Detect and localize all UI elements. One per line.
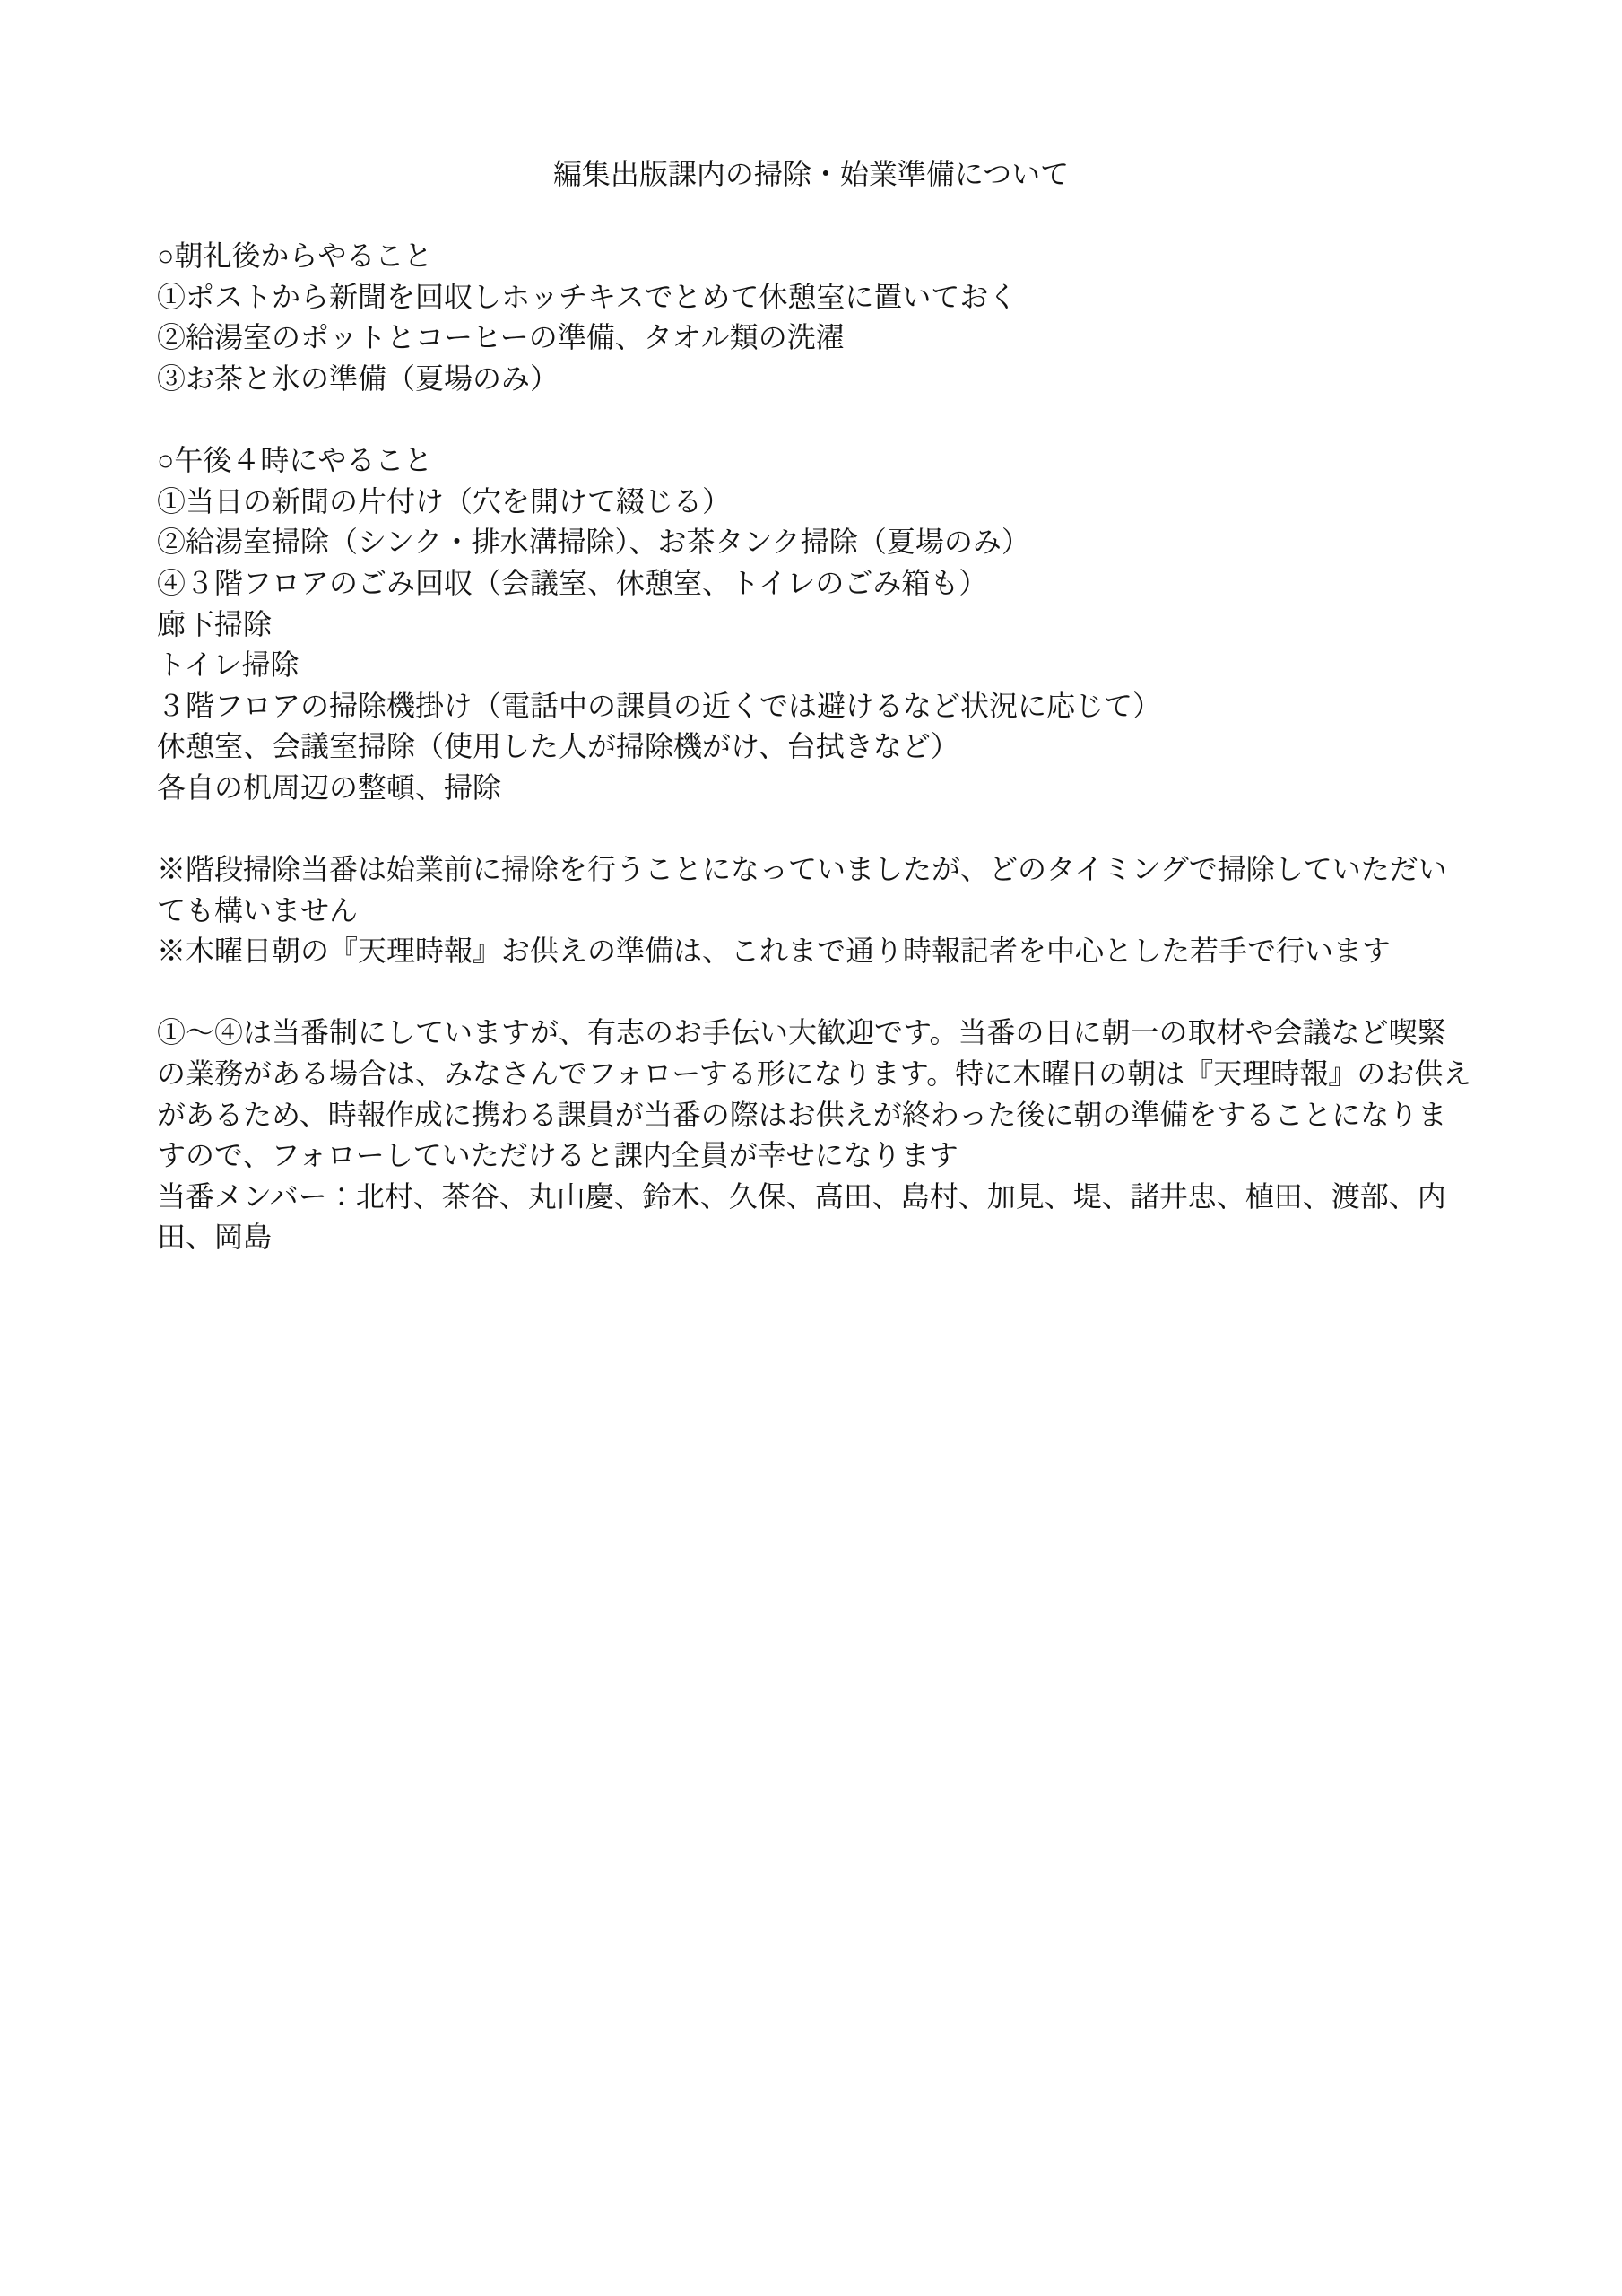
text-line: の業務がある場合は、みなさんでフォローする形になります。特に木曜日の朝は『天理時…	[157, 1054, 1465, 1095]
text-line: ①～④は当番制にしていますが、有志のお手伝い大歓迎です。当番の日に朝一の取材や会…	[157, 1013, 1465, 1054]
text-line: があるため、時報作成に携わる課員が当番の際はお供えが終わった後に朝の準備をするこ…	[157, 1095, 1465, 1136]
text-line: 廊下掃除	[157, 604, 1465, 646]
text-line: 田、岡島	[157, 1217, 1465, 1258]
text-line: ても構いません	[157, 891, 1465, 932]
text-line: ②給湯室掃除（シンク・排水溝掃除）、お茶タンク掃除（夏場のみ）	[157, 522, 1465, 563]
document-title: 編集出版課内の掃除・始業準備について	[157, 154, 1465, 196]
text-line: ③お茶と氷の準備（夏場のみ）	[157, 359, 1465, 400]
text-line: ※階段掃除当番は始業前に掃除を行うことになっていましたが、どのタイミングで掃除し…	[157, 849, 1465, 891]
notes-section: ※階段掃除当番は始業前に掃除を行うことになっていましたが、どのタイミングで掃除し…	[157, 849, 1465, 972]
text-line: 休憩室、会議室掃除（使用した人が掃除機がけ、台拭きなど）	[157, 726, 1465, 768]
text-line: 各自の机周辺の整頓、掃除	[157, 768, 1465, 809]
text-line: すので、フォローしていただけると課内全員が幸せになります	[157, 1135, 1465, 1177]
text-line: ○午後４時にやること	[157, 440, 1465, 482]
morning-tasks-section: ○朝礼後からやること①ポストから新聞を回収しホッチキスでとめて休憩室に置いておく…	[157, 236, 1465, 399]
text-line: ３階フロアの掃除機掛け（電話中の課員の近くでは避けるなど状況に応じて）	[157, 686, 1465, 727]
document-body: 編集出版課内の掃除・始業準備について ○朝礼後からやること①ポストから新聞を回収…	[157, 154, 1465, 1258]
afternoon-tasks-section: ○午後４時にやること①当日の新聞の片付け（穴を開けて綴じる）②給湯室掃除（シンク…	[157, 440, 1465, 808]
text-line: 当番メンバー：北村、茶谷、丸山慶、鈴木、久保、高田、島村、加見、堤、諸井忠、植田…	[157, 1177, 1465, 1218]
text-line: ○朝礼後からやること	[157, 236, 1465, 277]
duty-roster-section: ①～④は当番制にしていますが、有志のお手伝い大歓迎です。当番の日に朝一の取材や会…	[157, 1013, 1465, 1258]
text-line: ①ポストから新聞を回収しホッチキスでとめて休憩室に置いておく	[157, 277, 1465, 318]
text-line: ②給湯室のポットとコーヒーの準備、タオル類の洗濯	[157, 317, 1465, 359]
text-line: ④３階フロアのごみ回収（会議室、休憩室、トイレのごみ箱も）	[157, 563, 1465, 604]
text-line: ※木曜日朝の『天理時報』お供えの準備は、これまで通り時報記者を中心とした若手で行…	[157, 931, 1465, 972]
document-page: 編集出版課内の掃除・始業準備について ○朝礼後からやること①ポストから新聞を回収…	[0, 0, 1622, 2296]
text-line: トイレ掃除	[157, 645, 1465, 686]
text-line: ①当日の新聞の片付け（穴を開けて綴じる）	[157, 482, 1465, 523]
